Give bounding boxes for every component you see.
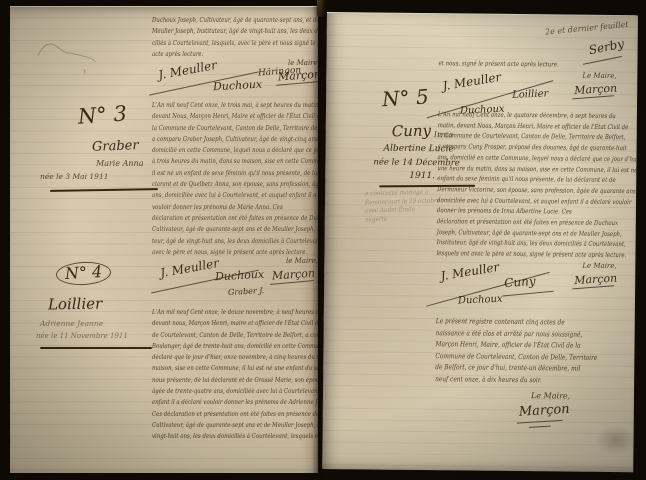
text-line: L'An mil neuf Cent onze, le trois mai, à…	[152, 100, 288, 111]
act2-continuation-text: Duchoux Joseph, Cultivateur, âgé de quar…	[152, 15, 316, 60]
register-scan: N° 3 Graber Marie Anna née le 3 Mai 1911…	[0, 0, 646, 480]
signature-flourish	[517, 420, 563, 424]
corner-note-signature: Serby	[588, 37, 626, 58]
mayor-label: le Maire,	[288, 59, 318, 67]
mayor-label: Le Maire,	[531, 391, 570, 400]
signature-flourish	[502, 291, 554, 297]
text-line: vouloir donner les prénoms de Marie Anna…	[152, 202, 288, 213]
closing-signature: Le Maire, Marçon	[327, 13, 638, 16]
corner-note-text: 2e et dernier feuillet	[545, 20, 629, 37]
text-line: et nous, signé le présent acte après lec…	[438, 58, 594, 71]
right-page: 2e et dernier feuillet Serby N° 5 Cuny I…	[322, 12, 638, 472]
signature-duchoux: Duchoux	[213, 78, 263, 94]
text-line: lesquels ont avec le père et nous, signé…	[436, 248, 592, 260]
text-line: ciliés à Courtelevant, lesquels, avec le…	[152, 38, 288, 49]
text-line: vingt-huit ans, les deux domiciliés à Co…	[152, 431, 288, 442]
mayor-label: le Maire,	[286, 257, 318, 265]
act3-number: N° 3	[77, 101, 127, 128]
act4-signatures: J. Meuller Loillier Duchoux Le Maire, Ma…	[327, 13, 638, 16]
text-line: enfant il a déclaré vouloir donner les p…	[152, 397, 288, 408]
text-line: domicilié en cette Commune, lequel nous …	[152, 145, 288, 156]
text-line: de Courtelevant, Canton de Delle, Territ…	[152, 330, 288, 341]
act3-given-name: Marie Anna	[96, 159, 143, 168]
text-line: acte après lecture.	[152, 49, 288, 60]
act5-body-text: L'An mil neuf Cent onze, le quatorze déc…	[436, 109, 626, 261]
text-line: Meuller Joseph, Instituteur, âgé de ving…	[152, 26, 288, 37]
text-line: Ces déclaration et présentation ont été …	[152, 409, 288, 420]
text-line: à trois heures du matin, dans sa maison,…	[152, 156, 288, 167]
act4-body-text: L'An mil neuf Cent onze, le douze novemb…	[152, 307, 316, 443]
binding-ribbon	[317, 0, 326, 17]
text-line: âgée de trente-quatre ans, domiciliée av…	[152, 386, 288, 397]
text-line: déclaré que le jour d'hier, onze novembr…	[152, 352, 288, 363]
mayor-label: Le Maire,	[582, 72, 616, 80]
text-line: maison, sise en cette Commune, il lui es…	[152, 363, 288, 374]
text-line: avec le père et nous, signé le présent a…	[152, 247, 288, 258]
act5-birth-year: 1911.	[409, 171, 435, 181]
signature-meuller: J. Meuller	[442, 70, 503, 93]
signature-flourish	[529, 426, 551, 429]
text-line: L'An mil neuf Cent onze, le douze novemb…	[152, 307, 288, 318]
signature-duchoux: Duchoux	[215, 268, 265, 284]
act4-birth-date: née le 11 Novembre 1911	[36, 332, 128, 340]
text-line: Cultivateur, âgé de quarante-sept ans et…	[152, 224, 288, 235]
left-page: N° 3 Graber Marie Anna née le 3 Mai 1911…	[10, 6, 318, 473]
text-line: devant nous, Marçon Henri, maire et offi…	[152, 318, 288, 329]
text-line: Duchoux Joseph, Cultivateur, âgé de quar…	[152, 15, 288, 26]
margin-note-act5: N° 5 Cuny Irma Albertine Lucie née le 14…	[327, 13, 638, 16]
register-closing-text: Le présent registre contenant cinq actes…	[435, 316, 624, 388]
text-line: devant Nous, Marçon Henri, Maire et offi…	[152, 111, 288, 122]
act3-body-text: L'An mil neuf Cent onze, le trois mai, à…	[152, 100, 316, 258]
act3-surname: Graber	[92, 138, 139, 155]
act4-continuation-text: et nous, signé le présent acte après lec…	[438, 58, 626, 71]
act5-number: N° 5	[381, 84, 429, 111]
text-line: ans, domiciliée avec lui à Courtelevant,…	[152, 190, 288, 201]
signature-graber: Graber J.	[228, 286, 265, 297]
corner-annotation: 2e et dernier feuillet Serby	[327, 13, 638, 16]
signature-duchoux: Duchoux	[458, 294, 503, 307]
text-line: il est né un enfant de sexe féminin qu'i…	[152, 168, 288, 179]
signature-meuller: J. Meuller	[159, 256, 220, 280]
signature-cuny: Cuny	[504, 274, 536, 290]
text-line: la Commune de Courtelevant, Canton de De…	[152, 123, 288, 134]
margin-underline	[50, 188, 158, 192]
text-line: clarant et de Quelbetz Anna, son épouse,…	[152, 179, 288, 190]
signature-loillier: Loillier	[512, 88, 549, 101]
text-line: a comparu Graber Joseph, Cultivateur, âg…	[152, 134, 288, 145]
text-line: teur, âgé de vingt-huit ans, les deux do…	[152, 236, 288, 247]
act5-surname: Cuny	[392, 121, 432, 140]
margin-underline	[40, 347, 152, 349]
act4-number: N° 4	[55, 261, 111, 287]
text-line: neuf cent onze, à dix heures du soir.	[435, 374, 591, 387]
signature-mayor: Marçon	[518, 402, 570, 420]
act4-given-name: Adrienne Jeanne	[40, 319, 103, 328]
act5-signatures: J. Meuller Cuny Duchoux Le Maire, Marçon	[327, 13, 638, 16]
pencil-mark	[32, 25, 102, 75]
mayor-label: Le Maire,	[582, 262, 616, 270]
text-line: déclaration et présentation ont été fait…	[152, 213, 288, 224]
text-line: Boulanger, âgé de trente-huit ans, domic…	[152, 341, 288, 352]
act3-birth-date: née le 3 Mai 1911	[40, 172, 109, 181]
act4-surname: Loillier	[48, 295, 103, 314]
text-line: Cultivateur, âgé de quarante-sept ans et…	[152, 420, 288, 431]
signature-meuller: J. Meuller	[440, 260, 501, 283]
signature-meuller: J. Meuller	[157, 58, 218, 82]
text-line: nous présente, de lui déclarant et de Gr…	[152, 375, 288, 386]
